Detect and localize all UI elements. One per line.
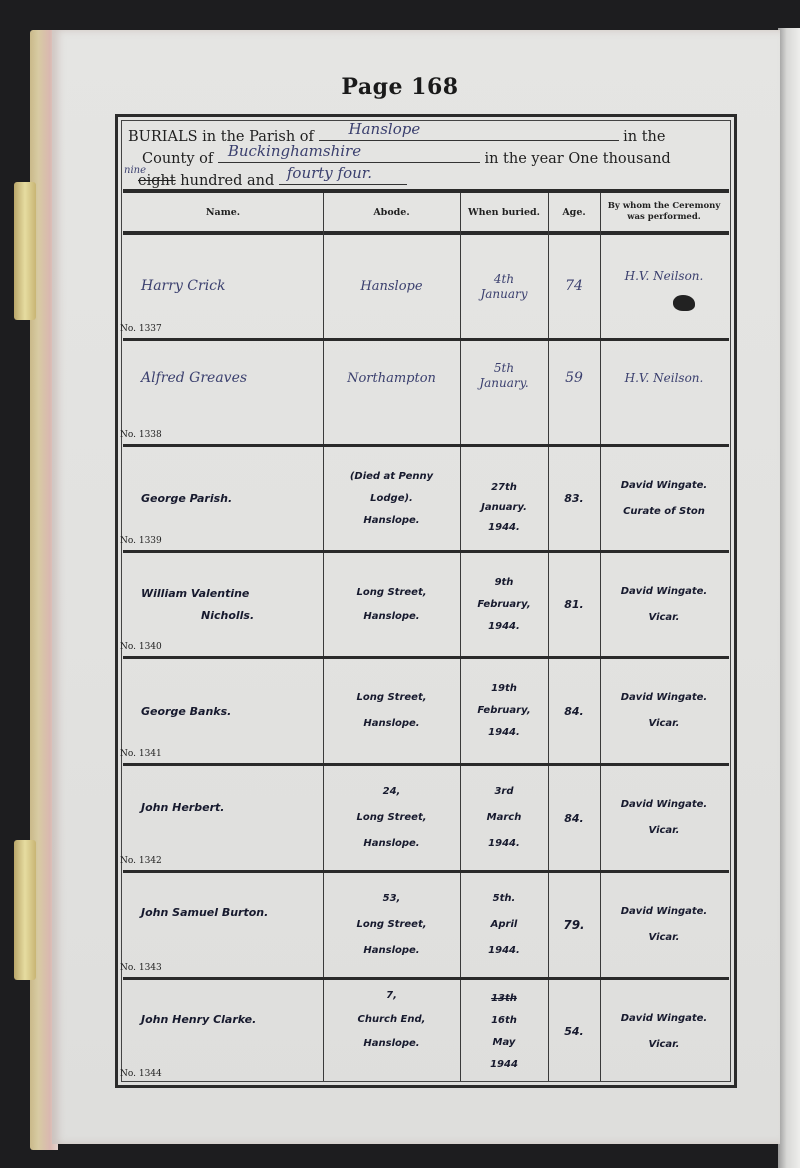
entry-name: Harry Crick: [123, 235, 323, 338]
parish-field: Hanslope: [319, 122, 619, 141]
burial-entry: George Parish. (Died at PennyLodge).Hans…: [118, 447, 734, 550]
entry-name: George Banks.: [123, 659, 323, 763]
entry-when-buried: 27thJanuary.1944.: [460, 447, 548, 550]
entry-number: No. 1337: [120, 324, 162, 334]
entry-officiant: H.V. Neilson.: [600, 235, 728, 338]
entry-when-buried: 9thFebruary,1944.: [460, 553, 548, 656]
burial-entry: William ValentineNicholls. Long Street,H…: [118, 553, 734, 656]
page-title: Page 168: [0, 74, 800, 100]
entry-when-buried: 3rdMarch1944.: [460, 766, 548, 870]
entry-name: John Herbert.: [123, 766, 323, 870]
entry-abode: Northampton: [323, 341, 460, 444]
entry-number: No. 1342: [120, 856, 162, 866]
entry-officiant: H.V. Neilson.: [600, 341, 728, 444]
entry-when-buried: 19thFebruary,1944.: [460, 659, 548, 763]
column-header-age: Age.: [548, 193, 600, 231]
burial-entry: Alfred Greaves Northampton 5thJanuary. 5…: [118, 341, 734, 444]
binding-tape-bottom: [14, 840, 36, 980]
entry-age: 74: [548, 235, 600, 338]
entry-abode: (Died at PennyLodge).Hanslope.: [323, 447, 460, 550]
entry-abode: Long Street,Hanslope.: [323, 553, 460, 656]
entry-when-buried: 5th.April1944.: [460, 873, 548, 977]
entry-abode: 7,Church End,Hanslope.: [323, 980, 460, 1083]
entry-name: William ValentineNicholls.: [123, 553, 323, 656]
hundred-label: hundred and: [180, 173, 274, 189]
entry-age: 79.: [548, 873, 600, 977]
county-value: Buckinghamshire: [228, 140, 361, 162]
year-value: fourty four.: [287, 162, 372, 184]
year-correction: nine: [124, 160, 146, 182]
heading-line-parish: BURIALS in the Parish of Hanslope in the: [128, 122, 728, 144]
column-header-when-buried: When buried.: [460, 193, 548, 231]
entry-abode: Hanslope: [323, 235, 460, 338]
burial-register-form: BURIALS in the Parish of Hanslope in the…: [115, 114, 737, 1088]
parish-value: Hanslope: [349, 118, 421, 140]
burial-entry: John Herbert. 24,Long Street,Hanslope. 3…: [118, 766, 734, 870]
entry-number: No. 1339: [120, 536, 162, 546]
entry-name: George Parish.: [123, 447, 323, 550]
entry-name: John Samuel Burton.: [123, 873, 323, 977]
burial-entry: George Banks. Long Street,Hanslope. 19th…: [118, 659, 734, 763]
ink-blot: [673, 295, 695, 311]
parish-suffix: in the: [623, 129, 665, 145]
entry-age: 59: [548, 341, 600, 444]
burial-entry: Harry Crick Hanslope 4thJanuary 74 H.V. …: [118, 235, 734, 338]
entry-officiant: David Wingate.Curate of Ston: [600, 447, 728, 550]
entry-when-buried: 4thJanuary: [460, 235, 548, 338]
entry-officiant: David Wingate.Vicar.: [600, 553, 728, 656]
column-header-officiant: By whom the Ceremony was performed.: [600, 193, 728, 231]
entry-abode: 53,Long Street,Hanslope.: [323, 873, 460, 977]
register-heading: BURIALS in the Parish of Hanslope in the…: [128, 122, 728, 188]
year-label: in the year One thousand: [484, 151, 670, 167]
entry-officiant: David Wingate.Vicar.: [600, 980, 728, 1083]
entry-age: 84.: [548, 659, 600, 763]
entry-age: 81.: [548, 553, 600, 656]
entry-officiant: David Wingate.Vicar.: [600, 873, 728, 977]
column-header-abode: Abode.: [323, 193, 460, 231]
entry-age: 84.: [548, 766, 600, 870]
entry-officiant: David Wingate.Vicar.: [600, 659, 728, 763]
entry-age: 54.: [548, 980, 600, 1083]
entry-name: John Henry Clarke.: [123, 980, 323, 1083]
burial-entry: John Henry Clarke. 7,Church End,Hanslope…: [118, 980, 734, 1083]
column-header-name: Name.: [123, 193, 323, 231]
entry-number: No. 1338: [120, 430, 162, 440]
binding-tape-top: [14, 182, 36, 320]
year-field: fourty four.: [279, 166, 407, 185]
county-field: Buckinghamshire: [218, 144, 480, 163]
entry-when-buried: 5thJanuary.: [460, 341, 548, 444]
entry-abode: Long Street,Hanslope.: [323, 659, 460, 763]
burial-entry: John Samuel Burton. 53,Long Street,Hansl…: [118, 873, 734, 977]
entry-number: No. 1340: [120, 642, 162, 652]
entry-number: No. 1343: [120, 963, 162, 973]
entry-name: Alfred Greaves: [123, 341, 323, 444]
entry-age: 83.: [548, 447, 600, 550]
next-page-edge: [778, 28, 800, 1168]
entry-number: No. 1341: [120, 749, 162, 759]
entry-officiant: David Wingate.Vicar.: [600, 766, 728, 870]
heading-line-year: nine eight hundred and fourty four.: [128, 166, 728, 188]
entry-when-buried: 13th16thMay1944: [460, 980, 548, 1083]
heading-line-county: County of Buckinghamshire in the year On…: [128, 144, 728, 166]
entry-abode: 24,Long Street,Hanslope.: [323, 766, 460, 870]
entry-number: No. 1344: [120, 1069, 162, 1079]
